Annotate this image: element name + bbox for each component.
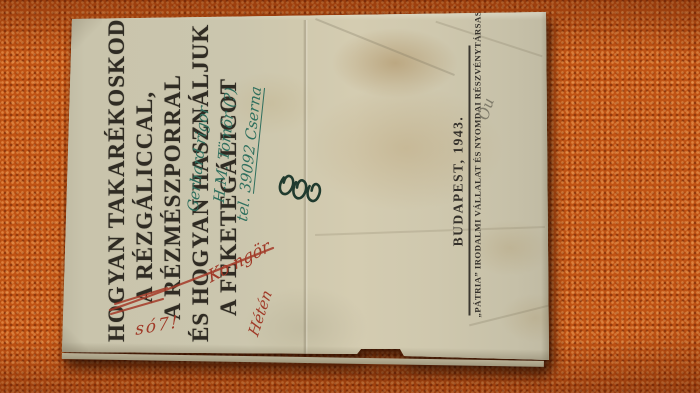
title-line: HOGYAN TAKARÉKOSKODJUNK xyxy=(103,52,131,342)
booklet-cover: HOGYAN TAKARÉKOSKODJUNK A RÉZGÁLICCAL, A… xyxy=(55,8,555,368)
corner-bend xyxy=(72,19,102,49)
ink-flourish xyxy=(272,151,337,216)
photo-background: HOGYAN TAKARÉKOSKODJUNK A RÉZGÁLICCAL, A… xyxy=(0,0,700,393)
booklet: HOGYAN TAKARÉKOSKODJUNK A RÉZGÁLICCAL, A… xyxy=(55,8,555,368)
imprint-publisher: „PÁTRIA” IRODALMI VÁLLALAT ÉS NYOMDAI RÉ… xyxy=(473,45,483,318)
imprint-rule xyxy=(469,46,471,316)
crease-line xyxy=(315,18,455,76)
title-line: A RÉZGÁLICCAL, xyxy=(131,52,159,342)
paper-edge-shade xyxy=(541,12,549,360)
imprint-place-year: BUDAPEST, 1943. xyxy=(451,45,467,318)
corner-bend xyxy=(62,326,88,352)
crease-line xyxy=(315,226,545,236)
imprint: BUDAPEST, 1943. „PÁTRIA” IRODALMI VÁLLAL… xyxy=(451,45,491,318)
handwriting-red-pencil: Hétén xyxy=(245,287,276,339)
